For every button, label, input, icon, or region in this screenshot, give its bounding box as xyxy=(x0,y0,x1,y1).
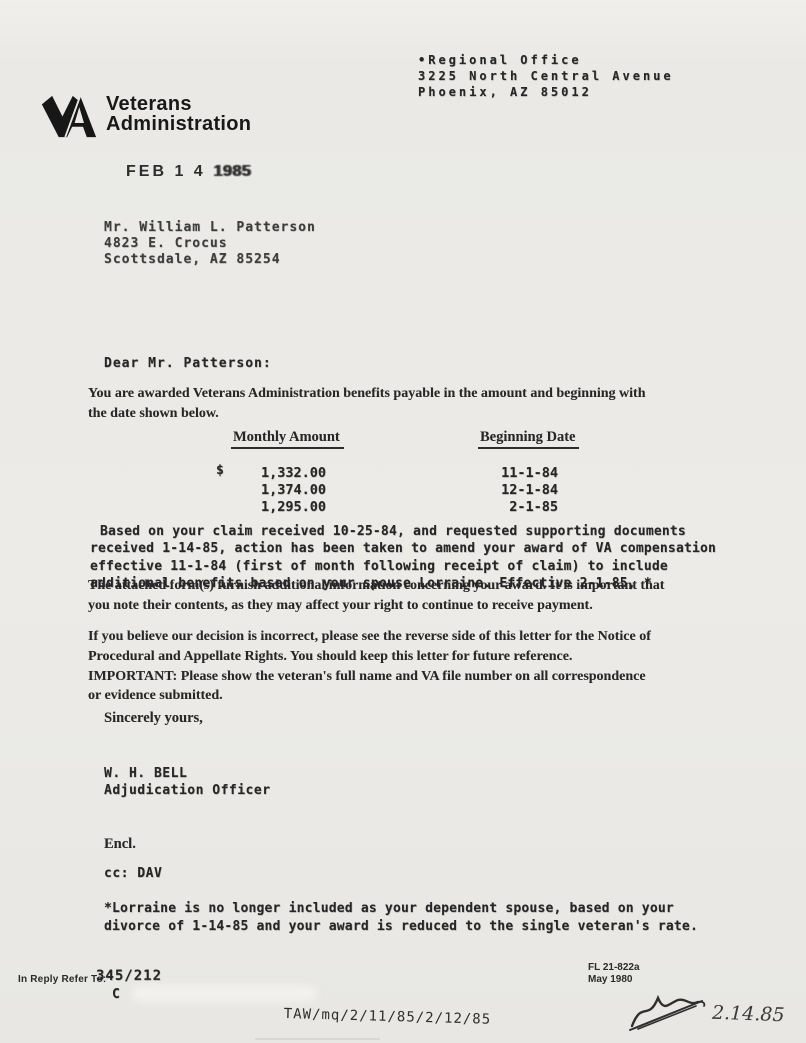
recipient-address: Mr. William L. Patterson 4823 E. Crocus … xyxy=(104,220,316,268)
scan-artifact-line xyxy=(255,1038,380,1040)
footnote-line: divorce of 1-14-85 and your award is red… xyxy=(104,918,698,936)
form-date: May 1980 xyxy=(588,974,640,986)
date-stamp-month-day: FEB 1 4 xyxy=(126,163,213,180)
typed-line: Based on your claim received 10-25-84, a… xyxy=(90,523,716,540)
signer-title: Adjudication Officer xyxy=(104,782,271,799)
beginning-date-header: Beginning Date xyxy=(478,429,579,449)
typist-reference-line: TAW/mq/2/11/85/2/12/85 xyxy=(284,1006,492,1028)
amount-value: 1,295.00 xyxy=(250,499,326,516)
enclosure-note: Encl. xyxy=(104,836,136,853)
intro-line: the date shown below. xyxy=(88,404,645,424)
signature-block: W. H. BELL Adjudication Officer xyxy=(104,765,271,799)
monthly-amount-column: 1,332.00 1,374.00 1,295.00 xyxy=(250,465,326,515)
amount-value: 1,332.00 xyxy=(250,465,326,482)
monthly-amount-header: Monthly Amount xyxy=(231,429,344,449)
office-line: •Regional Office xyxy=(418,52,674,68)
footnote-line: *Lorraine is no longer included as your … xyxy=(104,900,698,918)
attached-line: you note their contents, as they may aff… xyxy=(88,596,664,616)
recipient-line: Scottsdale, AZ 85254 xyxy=(104,252,316,268)
date-value: 2-1-85 xyxy=(492,499,558,516)
closing: Sincerely yours, xyxy=(104,710,203,727)
amount-value: 1,374.00 xyxy=(250,482,326,499)
rights-line: Procedural and Appellate Rights. You sho… xyxy=(88,647,651,667)
rights-line: If you believe our decision is incorrect… xyxy=(88,627,651,647)
intro-line: You are awarded Veterans Administration … xyxy=(88,384,645,404)
form-identifier: FL 21-822a May 1980 xyxy=(588,962,640,986)
date-value: 11-1-84 xyxy=(492,465,558,482)
rights-line: or evidence submitted. xyxy=(88,686,651,706)
date-value: 12-1-84 xyxy=(492,482,558,499)
form-number: FL 21-822a xyxy=(588,962,640,974)
beginning-date-column: 11-1-84 12-1-84 2-1-85 xyxy=(492,465,558,515)
office-line: Phoenix, AZ 85012 xyxy=(418,84,674,100)
typed-line: received 1-14-85, action has been taken … xyxy=(90,540,716,557)
agency-name: Veterans Administration xyxy=(106,95,251,134)
file-number-prefix: C xyxy=(112,987,120,1002)
redaction-smudge xyxy=(132,985,317,1002)
footnote: *Lorraine is no longer included as your … xyxy=(104,900,698,935)
agency-name-line1: Veterans xyxy=(106,95,251,115)
agency-name-line2: Administration xyxy=(106,115,251,135)
va-logo-icon xyxy=(40,94,98,144)
rights-line: IMPORTANT: Please show the veteran's ful… xyxy=(88,667,651,687)
attached-forms-paragraph: The attached form(s) furnish additional … xyxy=(88,576,664,616)
recipient-line: Mr. William L. Patterson xyxy=(104,220,316,236)
appellate-rights-paragraph: If you believe our decision is incorrect… xyxy=(88,627,651,706)
typed-line: effective 11-1-84 (first of month follow… xyxy=(90,558,716,575)
reply-code: 345/212 xyxy=(96,968,162,984)
date-stamp-year: 1985 xyxy=(213,163,251,180)
attached-line: The attached form(s) furnish additional … xyxy=(88,576,664,596)
intro-paragraph: You are awarded Veterans Administration … xyxy=(88,384,645,423)
in-reply-refer-label: In Reply Refer To: xyxy=(18,974,106,985)
salutation: Dear Mr. Patterson: xyxy=(104,356,272,371)
handwritten-date: 2.14.85 xyxy=(712,1002,785,1027)
cc-line: cc: DAV xyxy=(104,866,162,881)
scanned-letter-page: •Regional Office 3225 North Central Aven… xyxy=(0,0,806,1043)
signer-name: W. H. BELL xyxy=(104,765,271,782)
office-line: 3225 North Central Avenue xyxy=(418,68,674,84)
handwritten-initials xyxy=(628,992,720,1039)
regional-office-address: •Regional Office 3225 North Central Aven… xyxy=(418,52,674,100)
recipient-line: 4823 E. Crocus xyxy=(104,236,316,252)
currency-symbol: $ xyxy=(216,463,224,478)
date-stamp: FEB 1 4 1985 xyxy=(126,163,251,181)
